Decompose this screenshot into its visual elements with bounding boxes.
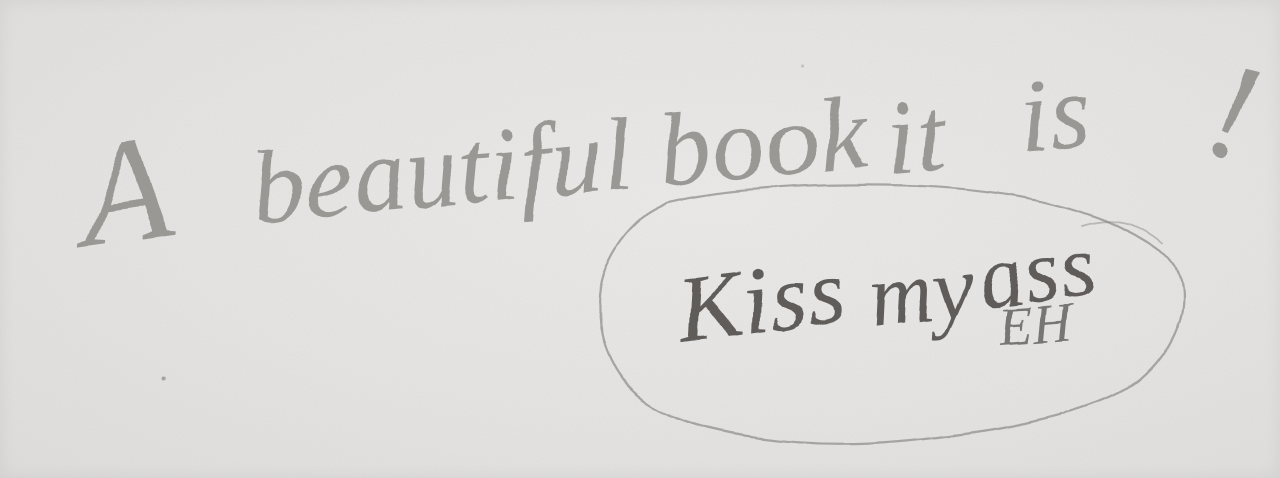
handwritten-word-it: it bbox=[880, 75, 952, 197]
paper-speck bbox=[161, 377, 165, 381]
paper-speck bbox=[800, 64, 803, 67]
initials-signature: EH bbox=[996, 291, 1077, 356]
scanned-page: A beautiful book it is ! Kiss my ass EH bbox=[0, 0, 1280, 478]
handwriting-layer: A beautiful book it is ! Kiss my ass EH bbox=[0, 0, 1280, 478]
handwritten-word-kiss: Kiss bbox=[670, 237, 851, 363]
handwritten-word-is: is bbox=[1014, 52, 1096, 175]
handwritten-word-my: my bbox=[862, 237, 980, 348]
